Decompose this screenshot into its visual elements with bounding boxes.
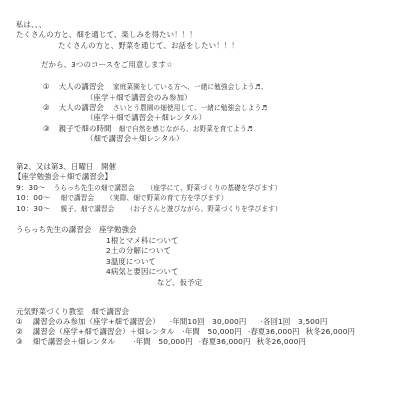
pricing-row: ①講習会のみ参加（座学+畑で講習会）·年間10回 30,000円·各回1回 3,…	[16, 317, 327, 326]
pricing-row: ②講習会（座学+畑で講習会）＋畑レンタル·年間 50,000円·春夏36,000…	[16, 327, 355, 336]
course-desc: 畑で自然を感じながら、お野菜を育てよう♬	[119, 125, 253, 133]
schedule-held: 第2、又は第3、日曜日 開催	[16, 162, 116, 171]
schedule-item: 10：00～畑で講習会（実際、畑で野菜の育て方を学びます）	[16, 193, 228, 203]
course-2-note: （座学＋畑で講習会＋畑レンタル）	[86, 113, 206, 122]
course-number: ②	[43, 103, 50, 112]
lecture-title: うらっち先生の講習会 座学勉強会	[16, 225, 137, 234]
schedule-time: 9：30～	[16, 183, 46, 192]
schedule-title: うらっち先生の畑で講習会	[54, 184, 135, 192]
pricing-price-2: ·各回1回 3,500円	[260, 317, 327, 326]
pricing-price-1: ·年間10回 30,000円	[170, 317, 247, 326]
course-number: ③	[43, 124, 50, 133]
schedule-title: 畑で講習会	[61, 194, 95, 202]
lecture-topic-3: 3温度について	[106, 257, 156, 266]
lecture-topic-4: 4病気と要因について	[106, 267, 179, 276]
pricing-row: ③畑で講習会＋畑レンタル·年間 50,000円·春夏36,000円秋冬26,00…	[16, 337, 306, 346]
lecture-footnote: など、仮予定	[157, 278, 202, 287]
pricing-title: 元気野菜づくり教室 畑で講習会	[16, 307, 129, 316]
schedule-title: 親子、畑で講習会	[61, 205, 115, 213]
course-title: 大人の講習会	[59, 82, 104, 91]
schedule-desc: （お子さんと遊びながら、野菜づくりを学びます）	[126, 205, 281, 213]
pricing-price-3: 秋冬26,000円	[257, 337, 306, 346]
course-desc: さいとう農園の畑使用して、一緒に勉強会しよう♬	[113, 104, 267, 112]
course-number: ①	[43, 82, 50, 91]
course-2: ②大人の講習会さいとう農園の畑使用して、一緒に勉強会しよう♬	[43, 103, 267, 113]
intro-line-3: たくさんの方と、野菜を通じて、お話をしたい！！！	[58, 41, 239, 50]
pricing-plan: 畑で講習会＋畑レンタル	[33, 337, 115, 346]
course-3: ③親子で畑の時間畑で自然を感じながら、お野菜を育てよう♬	[43, 124, 253, 134]
pricing-plan: 講習会のみ参加（座学+畑で講習会）	[33, 317, 160, 326]
lecture-topic-1: 1根とマメ科について	[106, 236, 179, 245]
intro-line-2: たくさんの方と、畑を通じて、楽しみを得たい！！！	[16, 30, 197, 39]
schedule-heading: 【座学勉強会＋畑で講習会】	[14, 172, 112, 181]
course-3-note: （畑で講習会＋畑レンタル）	[86, 134, 184, 143]
pricing-plan: 講習会（座学+畑で講習会）＋畑レンタル	[33, 327, 175, 336]
course-1-note: （座学＋畑で講習会のみ参加）	[86, 93, 192, 102]
course-title: 大人の講習会	[59, 103, 104, 112]
intro-line-1: 私は、、、	[16, 20, 46, 29]
pricing-price-2: ·春夏36,000円	[199, 337, 251, 346]
schedule-item: 10：30～親子、畑で講習会（お子さんと遊びながら、野菜づくりを学びます）	[16, 204, 282, 214]
lecture-topic-2: 2土の分解について	[106, 246, 171, 255]
pricing-price-3: 秋冬26,000円	[306, 327, 355, 336]
pricing-price-1: ·年間 50,000円	[182, 327, 241, 336]
pricing-price-1: ·年間 50,000円	[133, 337, 192, 346]
schedule-desc: （座学にて、野菜づくりの基礎を学びます）	[147, 184, 282, 192]
intro-line-4: だから、3つのコースをご用意します☆	[41, 60, 173, 69]
pricing-number: ②	[16, 327, 23, 336]
course-1: ①大人の講習会家庭菜園をしている方へ、一緒に勉強会しよう♬、	[43, 82, 267, 92]
pricing-number: ①	[16, 317, 23, 326]
schedule-time: 10：30～	[16, 204, 51, 213]
pricing-number: ③	[16, 337, 23, 346]
pricing-price-2: ·春夏36,000円	[248, 327, 300, 336]
course-desc: 家庭菜園をしている方へ、一緒に勉強会しよう♬、	[113, 83, 267, 91]
schedule-time: 10：00～	[16, 193, 51, 202]
schedule-item: 9：30～うらっち先生の畑で講習会（座学にて、野菜づくりの基礎を学びます）	[16, 183, 281, 193]
schedule-desc: （実際、畑で野菜の育て方を学びます）	[106, 194, 227, 202]
course-title: 親子で畑の時間	[59, 124, 112, 133]
